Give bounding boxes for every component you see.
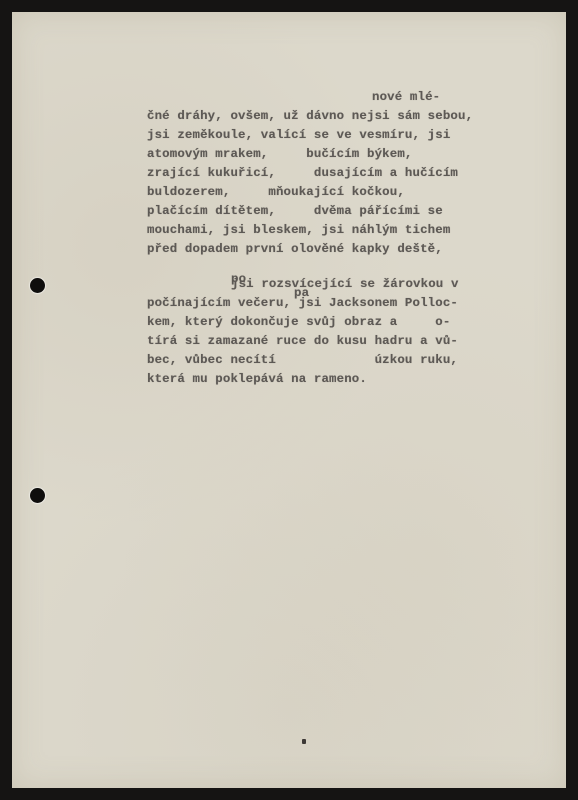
text-line: kem, který dokončuje svůj obraz a o- bbox=[147, 315, 450, 329]
text-line: jsi zeměkoule, valící se ve vesmíru, jsi bbox=[147, 128, 450, 142]
text-line: před dopadem první olověné kapky deště, bbox=[147, 242, 443, 256]
text-line: plačícím dítětem, dvěma pářícími se bbox=[147, 204, 443, 218]
typewritten-text: nové mlé- čné dráhy, ovšem, už dávno nej… bbox=[12, 12, 566, 788]
text-line: buldozerem, mňoukající kočkou, bbox=[147, 185, 405, 199]
scan-frame: nové mlé- čné dráhy, ovšem, už dávno nej… bbox=[0, 0, 578, 800]
text-line: která mu poklepává na rameno. bbox=[147, 372, 367, 386]
paper-page: nové mlé- čné dráhy, ovšem, už dávno nej… bbox=[12, 12, 566, 788]
text-line: nové mlé- bbox=[372, 90, 440, 104]
text-line: zrající kukuřicí, dusajícím a hučícím bbox=[147, 166, 458, 180]
text-line: atomovým mrakem, bučícím býkem, bbox=[147, 147, 413, 161]
text-line: počínajícím večeru, jsi Jacksonem Polloc… bbox=[147, 296, 458, 310]
text-line: mouchami, jsi bleskem, jsi náhlým tichem bbox=[147, 223, 450, 237]
text-line: jsi rozsvícející se žárovkou v bbox=[231, 277, 459, 291]
text-line: čné dráhy, ovšem, už dávno nejsi sám seb… bbox=[147, 109, 473, 123]
text-line: bec, vůbec necítí úzkou ruku, bbox=[147, 353, 458, 367]
text-line: tírá si zamazané ruce do kusu hadru a vů… bbox=[147, 334, 458, 348]
